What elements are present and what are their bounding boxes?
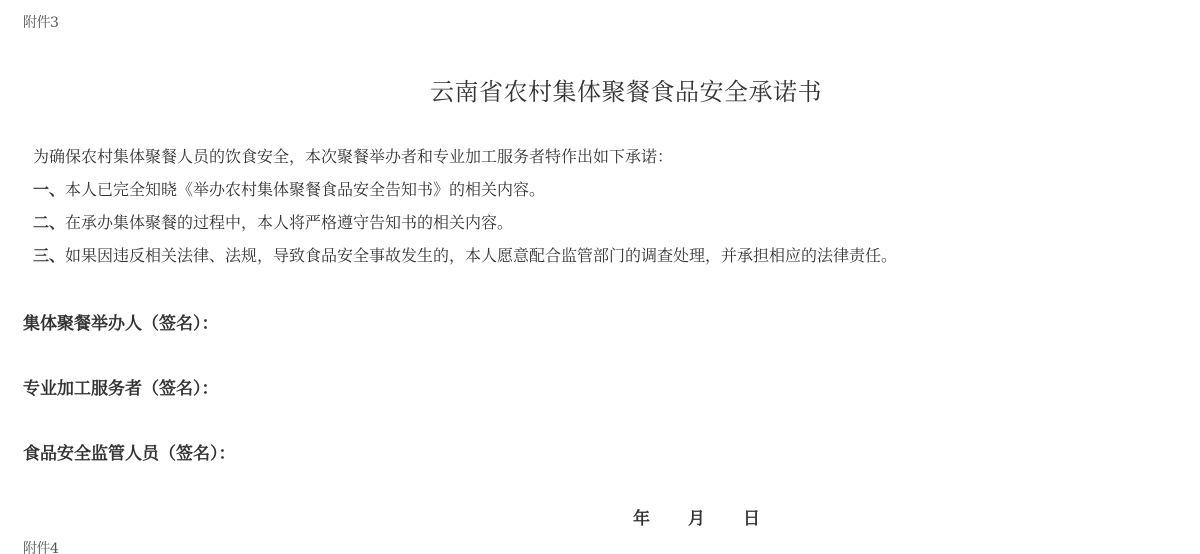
signature-organizer: 集体聚餐举办人（签名）： — [23, 309, 219, 334]
date-line: 年 月 日 — [633, 504, 760, 529]
clause-3: 三、如果因违反相关法律、法规，导致食品安全事故发生的，本人愿意配合监管部门的调查… — [33, 243, 897, 266]
signature-service-provider: 专业加工服务者（签名）： — [23, 374, 219, 399]
document-title: 云南省农村集体聚餐食品安全承诺书 — [0, 72, 1200, 107]
clause-text: 本人已完全知晓《举办农村集体聚餐食品安全告知书》的相关内容。 — [65, 180, 545, 199]
attachment-label-bottom: 附件4 — [23, 538, 58, 554]
clause-number: 三、 — [33, 246, 65, 265]
clause-2: 二、在承办集体聚餐的过程中，本人将严格遵守告知书的相关内容。 — [33, 210, 513, 233]
clause-number: 一、 — [33, 180, 65, 199]
attachment-label-top: 附件3 — [23, 12, 58, 32]
date-year: 年 — [633, 504, 650, 529]
date-day: 日 — [743, 504, 760, 529]
clause-number: 二、 — [33, 213, 65, 232]
clause-1: 一、本人已完全知晓《举办农村集体聚餐食品安全告知书》的相关内容。 — [33, 177, 545, 200]
signature-supervisor: 食品安全监管人员（签名）： — [23, 439, 236, 464]
date-month: 月 — [688, 504, 705, 529]
intro-paragraph: 为确保农村集体聚餐人员的饮食安全，本次聚餐举办者和专业加工服务者特作出如下承诺： — [33, 144, 673, 167]
clause-text: 如果因违反相关法律、法规，导致食品安全事故发生的，本人愿意配合监管部门的调查处理… — [65, 246, 897, 265]
clause-text: 在承办集体聚餐的过程中，本人将严格遵守告知书的相关内容。 — [65, 213, 513, 232]
